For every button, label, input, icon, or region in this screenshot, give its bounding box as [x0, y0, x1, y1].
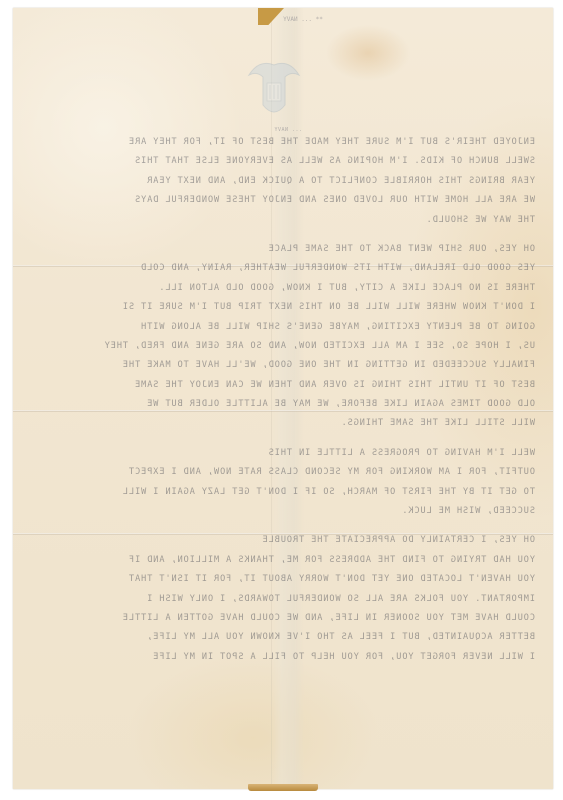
- paragraph-1: ENJOYED THEIR'S BUT I'M SURE THEY MADE T…: [35, 133, 535, 230]
- text-line: US, I HOPE SO, SEE I AM ALL EXCITED NOW,…: [35, 337, 535, 356]
- paragraph-2: OH YES, OUR SHIP WENT BACK TO THE SAME P…: [35, 240, 535, 434]
- text-line: YES GOOD OLD IRELAND, WITH ITS WONDERFUL…: [35, 259, 535, 278]
- paragraph-4: OH YES, I CERTAINLY DO APPRECIATE THE TR…: [35, 531, 535, 667]
- text-line: FINALLY SUCCEEDED IN GETTING IN THE ONE …: [35, 356, 535, 375]
- text-line: OUTFIT, FOR I AM WORKING FOR MY SECOND C…: [35, 463, 535, 482]
- text-line: YEAR BRINGS THIS HORRIBLE CONFLICT TO A …: [35, 172, 535, 191]
- paragraph-3: WELL I'M HAVING TO PROGRESS A LITTLE IN …: [35, 444, 535, 522]
- tape-bottom: [248, 784, 318, 791]
- text-line: WELL I'M HAVING TO PROGRESS A LITTLE IN …: [35, 444, 535, 463]
- text-line: BEST OF IT UNTIL THIS THING IS OVER AND …: [35, 376, 535, 395]
- text-line: SWELL BUNCH OF KIDS. I'M HOPING AS WELL …: [35, 152, 535, 171]
- text-line: THE WAY WE SHOULD.: [35, 211, 535, 230]
- text-line: WILL STILL LIKE THE SAME THINGS.: [35, 414, 535, 433]
- text-line: OH YES, OUR SHIP WENT BACK TO THE SAME P…: [35, 240, 535, 259]
- text-line: TO GET IT BY THE FIRST OF MARCH, SO IF I…: [35, 483, 535, 502]
- letter-body: ENJOYED THEIR'S BUT I'M SURE THEY MADE T…: [35, 133, 535, 667]
- text-line: ENJOYED THEIR'S BUT I'M SURE THEY MADE T…: [35, 133, 535, 152]
- eagle-shield-crest-icon: [245, 55, 303, 125]
- text-line: THERE IS NO PLACE LIKE A CITY, BUT I KNO…: [35, 279, 535, 298]
- letter-page: ** ... NAVY ... NAVY ENJOYED THEIR'S BUT…: [13, 8, 553, 789]
- text-line: OH YES, I CERTAINLY DO APPRECIATE THE TR…: [35, 531, 535, 550]
- text-line: I DON'T KNOW WHERE WILL WILL BE ON THIS …: [35, 298, 535, 317]
- text-line: YOU HAVEN'T LOCATED ONE YET DON'T WORRY …: [35, 570, 535, 589]
- text-line: COULD HAVE MET YOU SOONER IN LIFE, AND W…: [35, 609, 535, 628]
- letterhead-top-text: ** ... NAVY: [238, 16, 368, 24]
- text-line: I WILL NEVER FORGET YOU, FOR YOU HELP TO…: [35, 648, 535, 667]
- text-line: WE ARE ALL HOME WITH OUR LOVED ONES AND …: [35, 191, 535, 210]
- text-line: BETTER ACQUAINTED, BUT I FEEL AS THO I'V…: [35, 628, 535, 647]
- text-line: IMPORTANT. YOU FOLKS ARE ALL SO WONDERFU…: [35, 590, 535, 609]
- text-line: SUCCEED, WISH ME LUCK.: [35, 502, 535, 521]
- text-line: YOU HAD TRYING TO FIND THE ADDRESS FOR M…: [35, 551, 535, 570]
- text-line: OLD GOOD TIMES AGAIN LIKE BEFORE, WE MAY…: [35, 395, 535, 414]
- text-line: GOING TO BE PLENTY EXCITING, MAYBE GENE'…: [35, 318, 535, 337]
